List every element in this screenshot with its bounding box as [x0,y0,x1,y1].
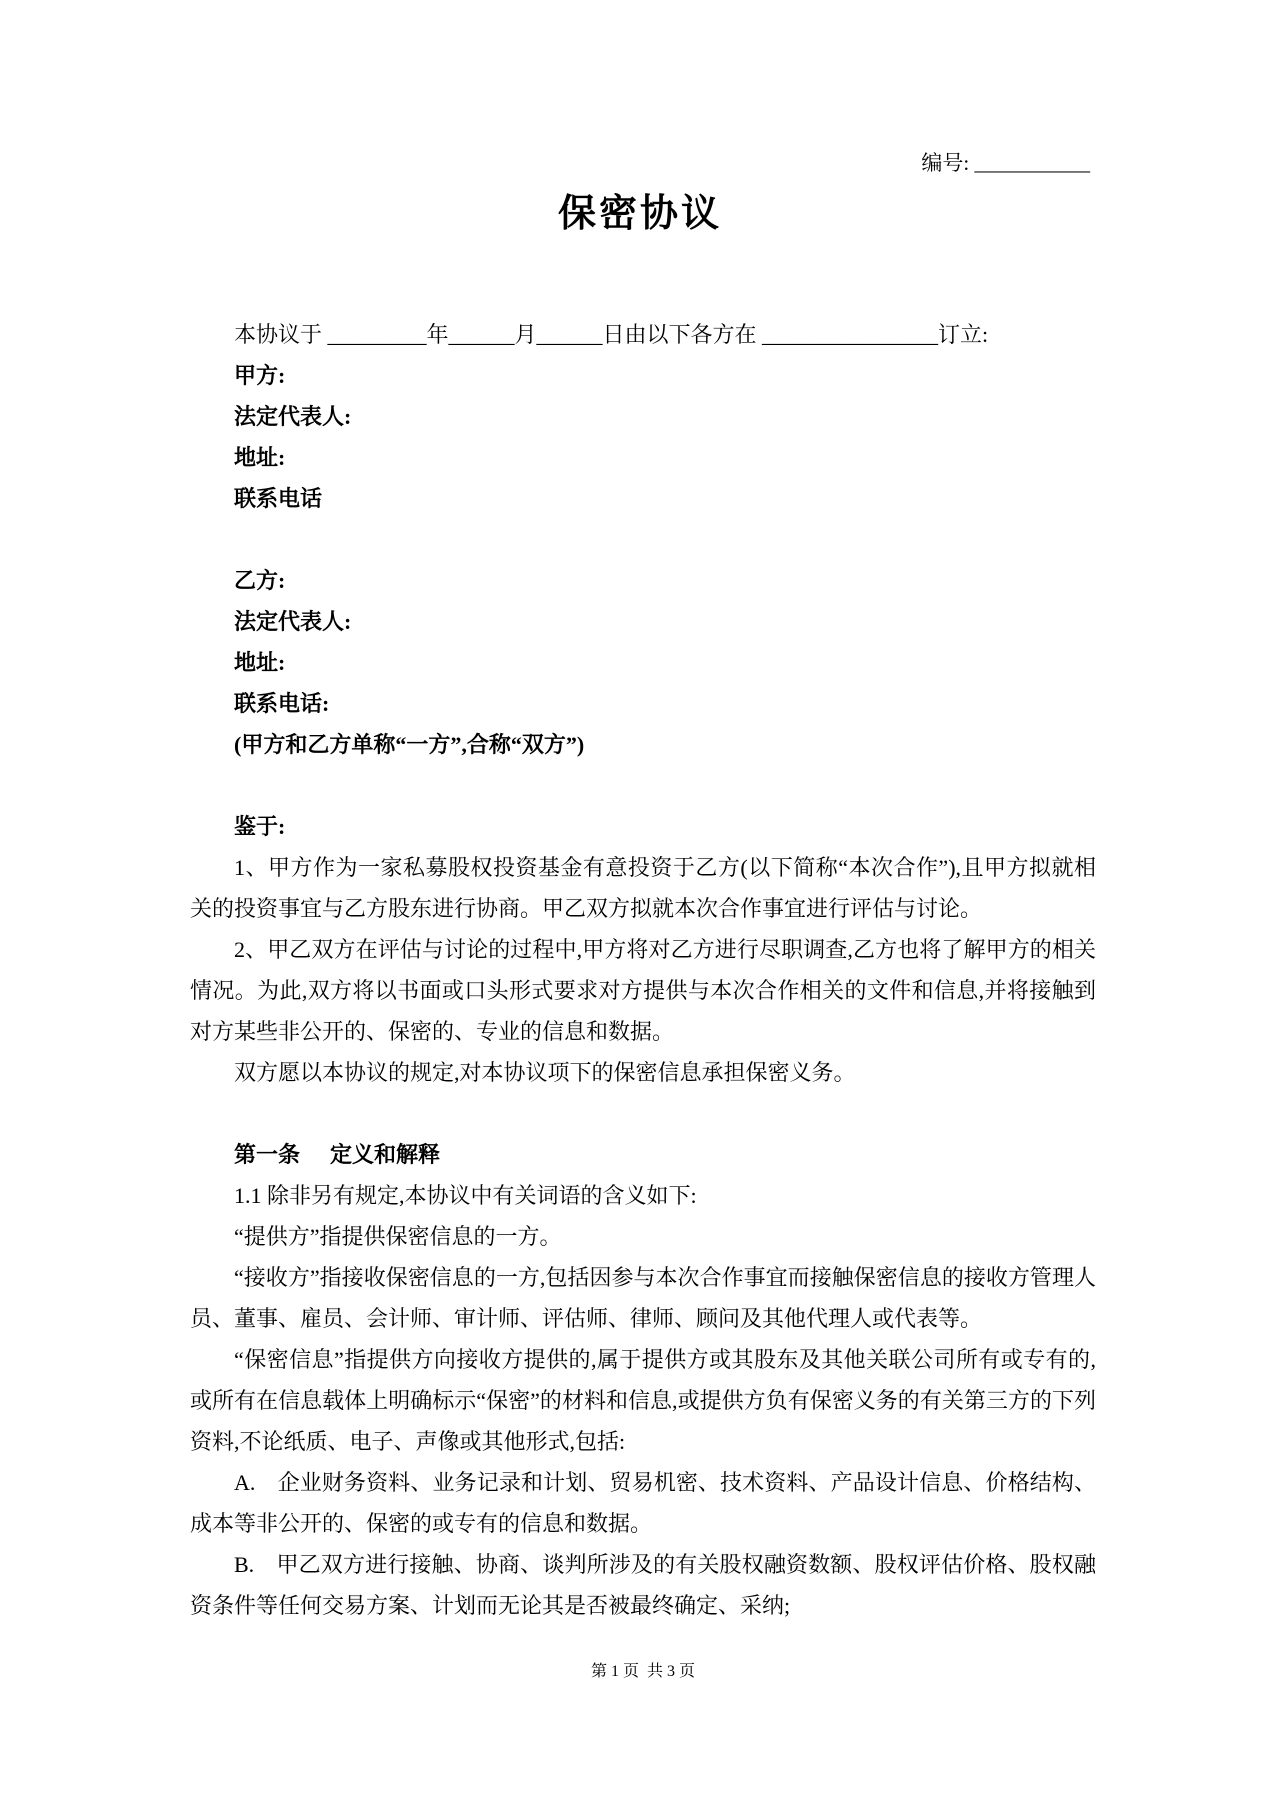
definition-confidential-info: “保密信息”指提供方向接收方提供的,属于提供方或其股东及其他关联公司所有或专有的… [190,1339,1096,1462]
clause-1-1: 1.1 除非另有规定,本协议中有关词语的含义如下: [190,1175,1096,1216]
whereas-item-3: 双方愿以本协议的规定,对本协议项下的保密信息承担保密义务。 [190,1052,1096,1093]
definition-receiver: “接收方”指接收保密信息的一方,包括因参与本次合作事宜而接触保密信息的接收方管理… [190,1257,1096,1339]
party-b-address: 地址: [190,642,1096,683]
list-item-a: A. 企业财务资料、业务记录和计划、贸易机密、技术资料、产品设计信息、价格结构、… [190,1462,1096,1544]
document-body: 本协议于 _________年______月______日由以下各方在 ____… [190,314,1096,1626]
article-1-title: 定义和解释 [330,1142,440,1167]
party-b-legal-rep: 法定代表人: [190,601,1096,642]
whereas-item-1: 1、甲方作为一家私募股权投资基金有意投资于乙方(以下简称“本次合作”),且甲方拟… [190,847,1096,929]
document-page: 编号: ___________ 保密协议 本协议于 _________年____… [0,0,1280,1810]
intro-line: 本协议于 _________年______月______日由以下各方在 ____… [190,314,1096,355]
whereas-item-2: 2、甲乙双方在评估与讨论的过程中,甲方将对乙方进行尽职调查,乙方也将了解甲方的相… [190,929,1096,1052]
party-a-address: 地址: [190,437,1096,478]
whereas-heading: 鉴于: [190,806,1096,847]
party-b-phone: 联系电话: [190,683,1096,724]
doc-title: 保密协议 [0,188,1280,240]
list-item-b: B. 甲乙双方进行接触、协商、谈判所涉及的有关股权融资数额、股权评估价格、股权融… [190,1544,1096,1626]
party-b-label: 乙方: [190,560,1096,601]
article-1-heading: 第一条定义和解释 [190,1134,1096,1175]
article-1-number: 第一条 [234,1142,300,1167]
party-a-phone: 联系电话 [190,478,1096,519]
spacer [190,519,1096,560]
spacer [190,1093,1096,1134]
party-note: (甲方和乙方单称“一方”,合称“双方”) [190,724,1096,765]
spacer [190,765,1096,806]
doc-number-field: 编号: ___________ [190,148,1090,178]
page-footer: 第 1 页 共 3 页 [190,1654,1096,1690]
party-a-label: 甲方: [190,355,1096,396]
definition-provider: “提供方”指提供保密信息的一方。 [190,1216,1096,1257]
party-a-legal-rep: 法定代表人: [190,396,1096,437]
